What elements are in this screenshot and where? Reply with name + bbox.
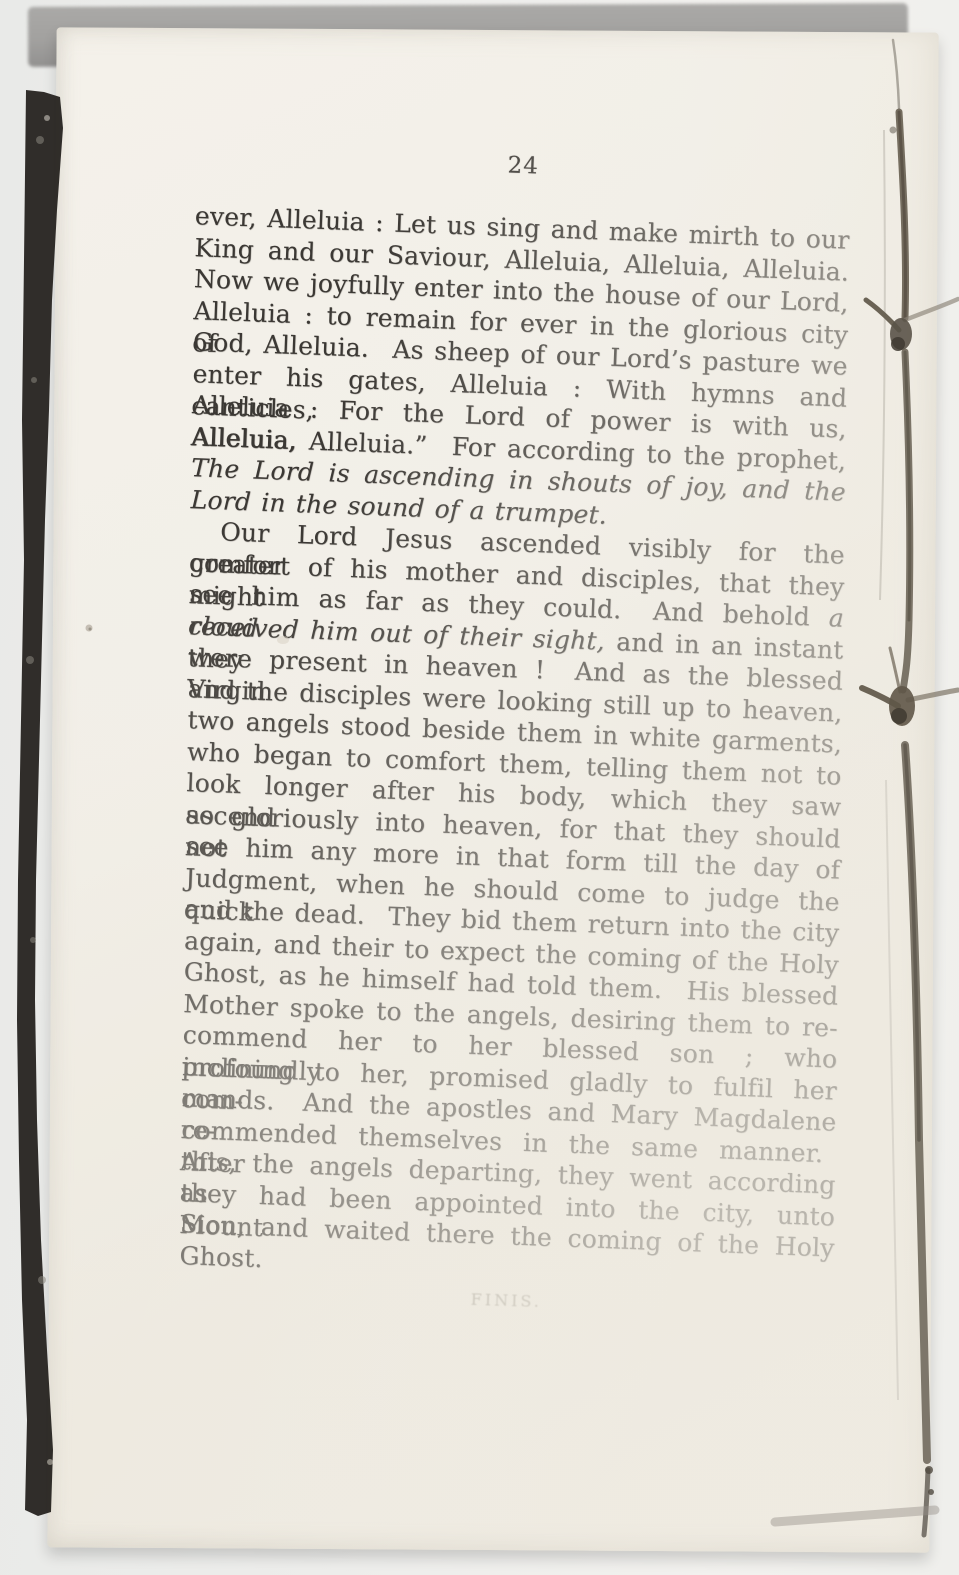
text-segment: Ghost. xyxy=(179,1241,263,1273)
text-lines: ever, Alleluia : Let us sing and make mi… xyxy=(179,200,850,1281)
page-content: 24 ever, Alleluia : Let us sing and make… xyxy=(179,148,851,1315)
page-number: 24 xyxy=(195,142,851,190)
book-page: 24 ever, Alleluia : Let us sing and make… xyxy=(47,27,938,1552)
photo-background: 24 ever, Alleluia : Let us sing and make… xyxy=(0,0,959,1575)
